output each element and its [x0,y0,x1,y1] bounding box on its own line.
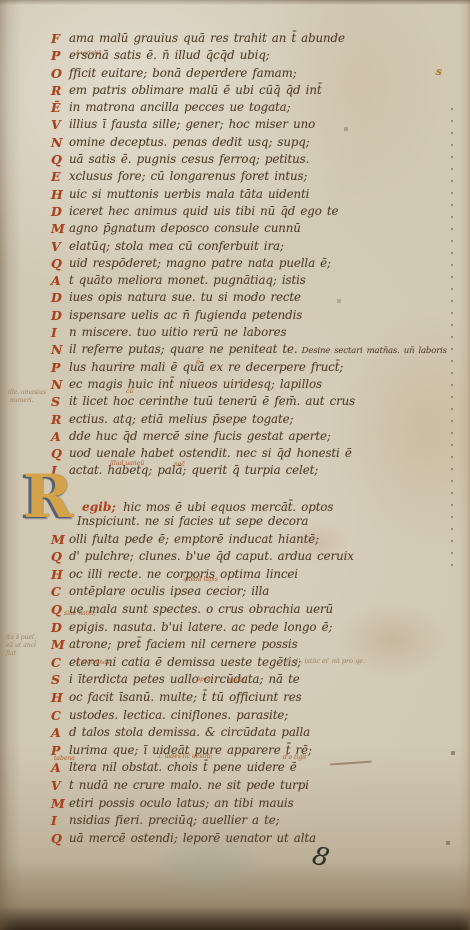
manuscript-line: Ad talos stola demissa. & circūdata pall… [50,724,460,742]
line-initial: M [51,637,67,652]
line-continuation: Desine sectari matn̄as. un̄ laboris [298,346,447,356]
marginal-gloss: nocēt [228,677,245,684]
manuscript-line: Metiri possis oculo latus; an tibi mauis [50,795,460,813]
manuscript-line: Nec magis huic int̄ niueos uiridesq; lap… [50,376,460,393]
manuscript-line: Personā satis ē. n̄ illud q̄cq̄d ubiq; [50,47,460,64]
marginal-gloss: ē [196,358,200,366]
marginal-gloss: nec̄ [174,461,185,468]
line-text: ama malū grauius quā res trahit an t̄ ab… [69,30,460,47]
line-text: etera ni catia ē demissa ueste tegētis; [69,654,460,672]
line-initial: M [51,796,67,811]
line-text: in matrona ancilla pecces ue togata; [69,99,460,116]
manuscript-line: Inspiciunt. ne si facies ut sepe decora [50,513,460,531]
line-initial: A [51,725,67,740]
manuscript-line: Quid respōderet; magno patre nata puella… [50,255,460,272]
line-text: agno p̄gnatum deposco consule cunnū [69,220,460,237]
marginal-gloss: sine natib; [64,610,96,617]
line-initial: V [51,239,67,254]
line-initial: C [51,708,67,723]
line-text: uā satis ē. pugnis cesus ferroq; petitus… [69,151,460,168]
line-initial: F [51,31,67,46]
manuscript-line: At quāto meliora monet. pugnātiaq; istis [50,272,460,289]
line-text: elatūq; stola mea cū conferbuit ira; [69,238,460,255]
line-text: ue mala sunt spectes. o crus obrachia ue… [69,601,460,619]
line-text: epigis. nasuta. b'ui latere. ac pede lon… [69,619,460,637]
line-initial: C [51,584,67,599]
manuscript-line: Altera nil obstat. chois t̄ pene uidere … [50,759,460,777]
line-initial: H [51,567,67,582]
line-initial: A [51,273,67,288]
manuscript-line: Quā satis ē. pugnis cesus ferroq; petitu… [50,151,460,168]
marginal-gloss: .i. uides līc̄ uestib; [157,753,213,760]
text-block-section1: Fama malū grauius quā res trahit an t̄ a… [50,30,460,480]
line-initial: C [51,655,67,670]
manuscript-line: Hoc illi recte. ne corporis optima lince… [50,566,460,584]
line-text: olli fulta pede ē; emptorē inducat hiant… [69,531,460,549]
line-text: uā mercē ostendi; leporē uenator ut alta [69,830,460,848]
line-initial: R [51,83,67,98]
manuscript-line: Dispensare uelis ac n̄ fugienda petendis [50,307,460,324]
manuscript-line: Custodes. lectica. ciniflones. parasite; [50,707,460,725]
line-text: em patris oblimare malū ē ubi cūq̄ q̄d i… [69,82,460,99]
line-text: hic mos ē ubi equos mercāt̄. optos [118,500,333,514]
line-text: d talos stola demissa. & circūdata palla [69,724,460,742]
line-text: etiri possis oculo latus; an tibi mauis [69,795,460,813]
manuscript-line: Villius ī fausta sille; gener; hoc miser… [50,116,460,133]
marginal-gloss: eā ut ancl̄ [6,642,36,649]
manuscript-line: Rem patris oblimare malū ē ubi cūq̄ q̄d … [50,82,460,99]
line-initial: I [51,325,67,340]
line-initial: A [51,429,67,444]
line-initial: D [51,204,67,219]
manuscript-line: Magno p̄gnatum deposco consule cunnū [50,220,460,237]
line-initial: H [51,187,67,202]
opening-rubric: egib; [82,500,116,514]
manuscript-line: Officit euitare; bonā deperdere famam; [50,65,460,82]
marginal-gloss: p̄pea [196,676,211,683]
manuscript-line: Exclusus fore; cū longarenus foret intus… [50,168,460,185]
manuscript-line: Hoc facit īsanū. multe; t̄ tū officiunt … [50,689,460,707]
line-text: omine deceptus. penas dedit usq; supq; [69,134,460,151]
manuscript-line-opening: egib; hic mos ē ubi equos mercāt̄. optos [50,496,333,514]
manuscript-page: Fama malū grauius quā res trahit an t̄ a… [0,0,470,930]
line-text: i īterdicta petes uallo circūdata; nā te [69,671,460,689]
marginal-gloss: fiat [6,650,16,657]
line-text: ispensare uelis ac n̄ fugienda petendis [69,307,460,324]
manuscript-line: Adde huc q̄d mercē sine fucis gestat ape… [50,428,460,445]
manuscript-line: Insidias fieri. preciūq; auellier a te; [50,812,460,830]
line-initial: E [51,169,67,184]
line-text: nsidias fieri. preciūq; auellier a te; [69,812,460,830]
marginal-gloss: tabena [54,755,75,762]
line-initial: P [51,360,67,375]
line-initial: N [51,377,67,392]
line-initial: D [51,290,67,305]
manuscript-line: Rectius. atq; etiā melius p̄sepe togate; [50,411,460,428]
line-text: uid respōderet; magno patre nata puella … [69,255,460,272]
line-text: ontēplare oculis ipsea cecior; illa [69,583,460,601]
manuscript-line: Depigis. nasuta. b'ui latere. ac pede lo… [50,619,460,637]
line-initial: Q [51,446,67,461]
line-text: n miscere. tuo uitio rerū ne labores [69,324,460,341]
manuscript-line: Velatūq; stola mea cū conferbuit ira; [50,238,460,255]
line-initial: D [51,308,67,323]
manuscript-line: Quā mercē ostendi; leporē uenator ut alt… [50,830,460,848]
manuscript-line: Nil referre putas; quare ne peniteat te.… [50,341,460,358]
line-initial: Q [51,831,67,846]
line-text: ustodes. lectica. ciniflones. parasite; [69,707,460,725]
line-text: d' pulchre; clunes. b'ue q̄d caput. ardu… [69,548,460,566]
manuscript-line: Nomine deceptus. penas dedit usq; supq; [50,134,460,151]
line-text: illius ī fausta sille; gener; hoc miser … [69,116,460,133]
line-initial: M [51,532,67,547]
line-initial: V [51,117,67,132]
line-initial: P [51,48,67,63]
line-text: t nudā ne crure malo. ne sit pede turpi [69,777,460,795]
line-text: iceret hec animus quid uis tibi nū q̄d e… [69,203,460,220]
marginal-gloss: numeri. [10,397,34,404]
manuscript-line: Fama malū grauius quā res trahit an t̄ a… [50,30,460,47]
manuscript-line: Ēin matrona ancilla pecces ue togata; [50,99,460,116]
manuscript-line: Diceret hec animus quid uis tibi nū q̄d … [50,203,460,220]
line-text: ersonā satis ē. n̄ illud q̄cq̄d ubiq; [69,47,460,64]
line-initial: Q [51,256,67,271]
line-text: dde huc q̄d mercē sine fucis gestat aper… [69,428,460,445]
line-initial: N [51,342,67,357]
line-text: oc facit īsanū. multe; t̄ tū officiunt r… [69,689,460,707]
text-block-section2: Inspiciunt. ne si facies ut sepe decoraM… [50,513,460,847]
line-text: lus haurire mali ē quā ex re decerpere f… [69,359,460,376]
manuscript-line: Qd' pulchre; clunes. b'ue q̄d caput. ard… [50,548,460,566]
line-initial: N [51,135,67,150]
line-initial: Q [51,152,67,167]
marginal-gloss: ita s̄ puel. [6,634,36,641]
line-text: t quāto meliora monet. pugnātiaq; istis [69,272,460,289]
line-initial: S [51,672,67,687]
line-initial: A [51,760,67,775]
manuscript-line: Si īterdicta petes uallo circūdata; nā t… [50,671,460,689]
line-text: Inspiciunt. ne si facies ut sepe decora [77,513,460,531]
line-initial: R [51,412,67,427]
line-text: iues opis natura sue. tu si modo recte [69,289,460,306]
line-initial: S [51,394,67,409]
manuscript-line: Molli fulta pede ē; emptorē inducat hian… [50,531,460,549]
line-initial: I [51,813,67,828]
line-text: uic si muttonis uerbis mala tāta uidenti [69,186,460,203]
manuscript-line: Plurima que; ī uideāt pure apparere t̄ r… [50,742,460,760]
manuscript-line: Huic si muttonis uerbis mala tāta uident… [50,186,460,203]
line-initial: V [51,778,67,793]
manuscript-line: Sit licet hoc cerinthe tuū tenerū ē fem̄… [50,393,460,410]
manuscript-line: Matrone; pret̄ faciem nil cernere possis [50,636,460,654]
line-text: ectius. atq; etiā melius p̄sepe togate; [69,411,460,428]
manuscript-line: Plus haurire mali ē quā ex re decerpere … [50,359,460,376]
line-initial: H [51,690,67,705]
marginal-gloss: ille. amasius [8,389,46,396]
marginal-gloss: illud uaneū [110,460,144,467]
line-text: atrone; pret̄ faciem nil cernere possis [69,636,460,654]
line-initial: Ē [51,100,67,115]
line-initial: D [51,620,67,635]
line-text: ltera nil obstat. chois t̄ pene uidere ē [69,759,460,777]
marginal-gloss: d'o tigit [283,754,307,761]
line-text: lurima que; ī uideāt pure apparere t̄ rē… [69,742,460,760]
marginal-gloss: q̄. d'. istāc ei' nā pro qe. [286,657,365,665]
line-initial: M [51,221,67,236]
manuscript-line: Vt nudā ne crure malo. ne sit pede turpi [50,777,460,795]
manuscript-line: Contēplare oculis ipsea cecior; illa [50,583,460,601]
line-text: oc illi recte. ne corporis optima lincei [69,566,460,584]
line-text: fficit euitare; bonā deperdere famam; [69,65,460,82]
marginal-gloss: s̄ matronas. [76,659,112,666]
marginal-gloss: s̄ uidelic̄ [76,50,101,57]
manuscript-line: Que mala sunt spectes. o crus obrachia u… [50,601,460,619]
line-text: it licet hoc cerinthe tuū tenerū ē fem̄.… [69,393,460,410]
parchment-specks [0,0,2,2]
marginal-gloss: cū [126,388,133,395]
line-text: xclusus fore; cū longarenus foret intus; [69,168,460,185]
manuscript-line: In miscere. tuo uitio rerū ne labores [50,324,460,341]
line-initial: O [51,66,67,81]
manuscript-line: Diues opis natura sue. tu si modo recte [50,289,460,306]
marginal-gloss: quedā lapis [183,576,218,583]
line-initial: Q [51,549,67,564]
